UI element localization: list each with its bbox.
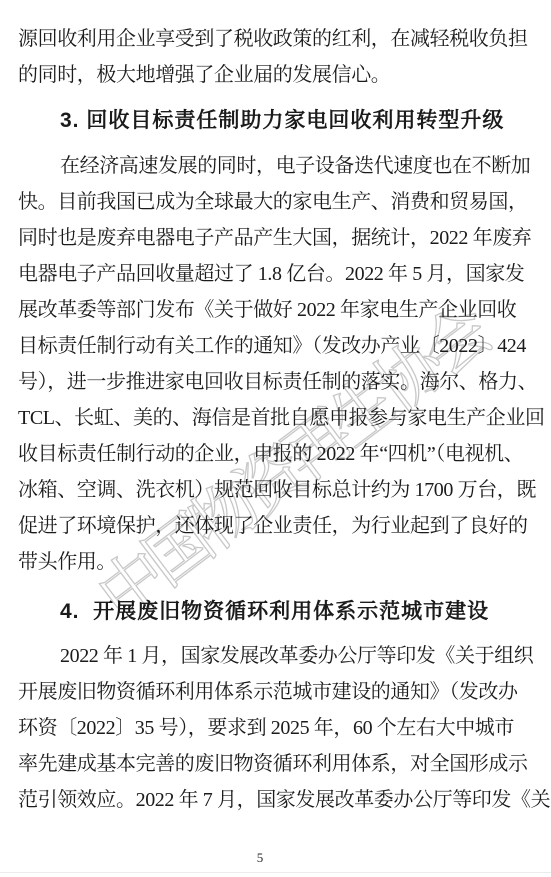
text-line: 收目标责任制行动的企业，申报的 2022 年“四机”（电视机、 (18, 436, 533, 472)
document-page: 中国物资再生协会 源回收利用企业享受到了税收政策的红利，在减轻税收负担 的同时，… (0, 0, 551, 877)
text-line: 号），进一步推进家电回收目标责任制的落实。海尔、格力、 (18, 364, 533, 400)
text-line: 促进了环境保护，还体现了企业责任，为行业起到了良好的 (18, 508, 533, 544)
text-line: 带头作用。 (18, 544, 533, 580)
text-line: 冰箱、空调、洗衣机）规范回收目标总计约为 1700 万台，既 (18, 472, 533, 508)
text-line: 同时也是废弃电器电子产品产生大国，据统计，2022 年废弃 (18, 220, 533, 256)
text-line: 快。目前我国已成为全球最大的家电生产、消费和贸易国， (18, 184, 533, 220)
section-3-paragraph: 在经济高速发展的同时，电子设备迭代速度也在不断加 快。目前我国已成为全球最大的家… (18, 148, 533, 580)
page-number: 5 (0, 849, 520, 867)
section-4-paragraph: 2022 年 1 月，国家发展改革委办公厅等印发《关于组织 开展废旧物资循环利用… (18, 638, 533, 818)
section-4-heading: 4. 开展废旧物资循环利用体系示范城市建设 (18, 594, 533, 630)
text-line: 开展废旧物资循环利用体系示范城市建设的通知》（发改办 (18, 674, 533, 710)
text-line: 电器电子产品回收量超过了 1.8 亿台。2022 年 5 月，国家发 (18, 256, 533, 292)
text-line: 率先建成基本完善的废旧物资循环利用体系，对全国形成示 (18, 746, 533, 782)
text-line: 展改革委等部门发布《关于做好 2022 年家电生产企业回收 (18, 292, 533, 328)
text-line: TCL、长虹、美的、海信是首批自愿申报参与家电生产企业回 (18, 400, 533, 436)
text-line: 环资〔2022〕35 号），要求到 2025 年，60 个左右大中城市 (18, 710, 533, 746)
page-content: 源回收利用企业享受到了税收政策的红利，在减轻税收负担 的同时，极大地增强了企业届… (18, 21, 533, 818)
text-line: 的同时，极大地增强了企业届的发展信心。 (18, 57, 533, 93)
section-3-heading: 3. 回收目标责任制助力家电回收利用转型升级 (18, 103, 533, 139)
text-line: 目标责任制行动有关工作的通知》（发改办产业〔2022〕424 (18, 328, 533, 364)
text-line: 2022 年 1 月，国家发展改革委办公厅等印发《关于组织 (18, 638, 533, 674)
text-line: 范引领效应。2022 年 7 月，国家发展改革委办公厅等印发《关 (18, 782, 533, 818)
page-bottom-divider (0, 872, 551, 873)
text-line: 源回收利用企业享受到了税收政策的红利，在减轻税收负担 (18, 21, 533, 57)
text-line: 在经济高速发展的同时，电子设备迭代速度也在不断加 (18, 148, 533, 184)
intro-paragraph: 源回收利用企业享受到了税收政策的红利，在减轻税收负担 的同时，极大地增强了企业届… (18, 21, 533, 93)
